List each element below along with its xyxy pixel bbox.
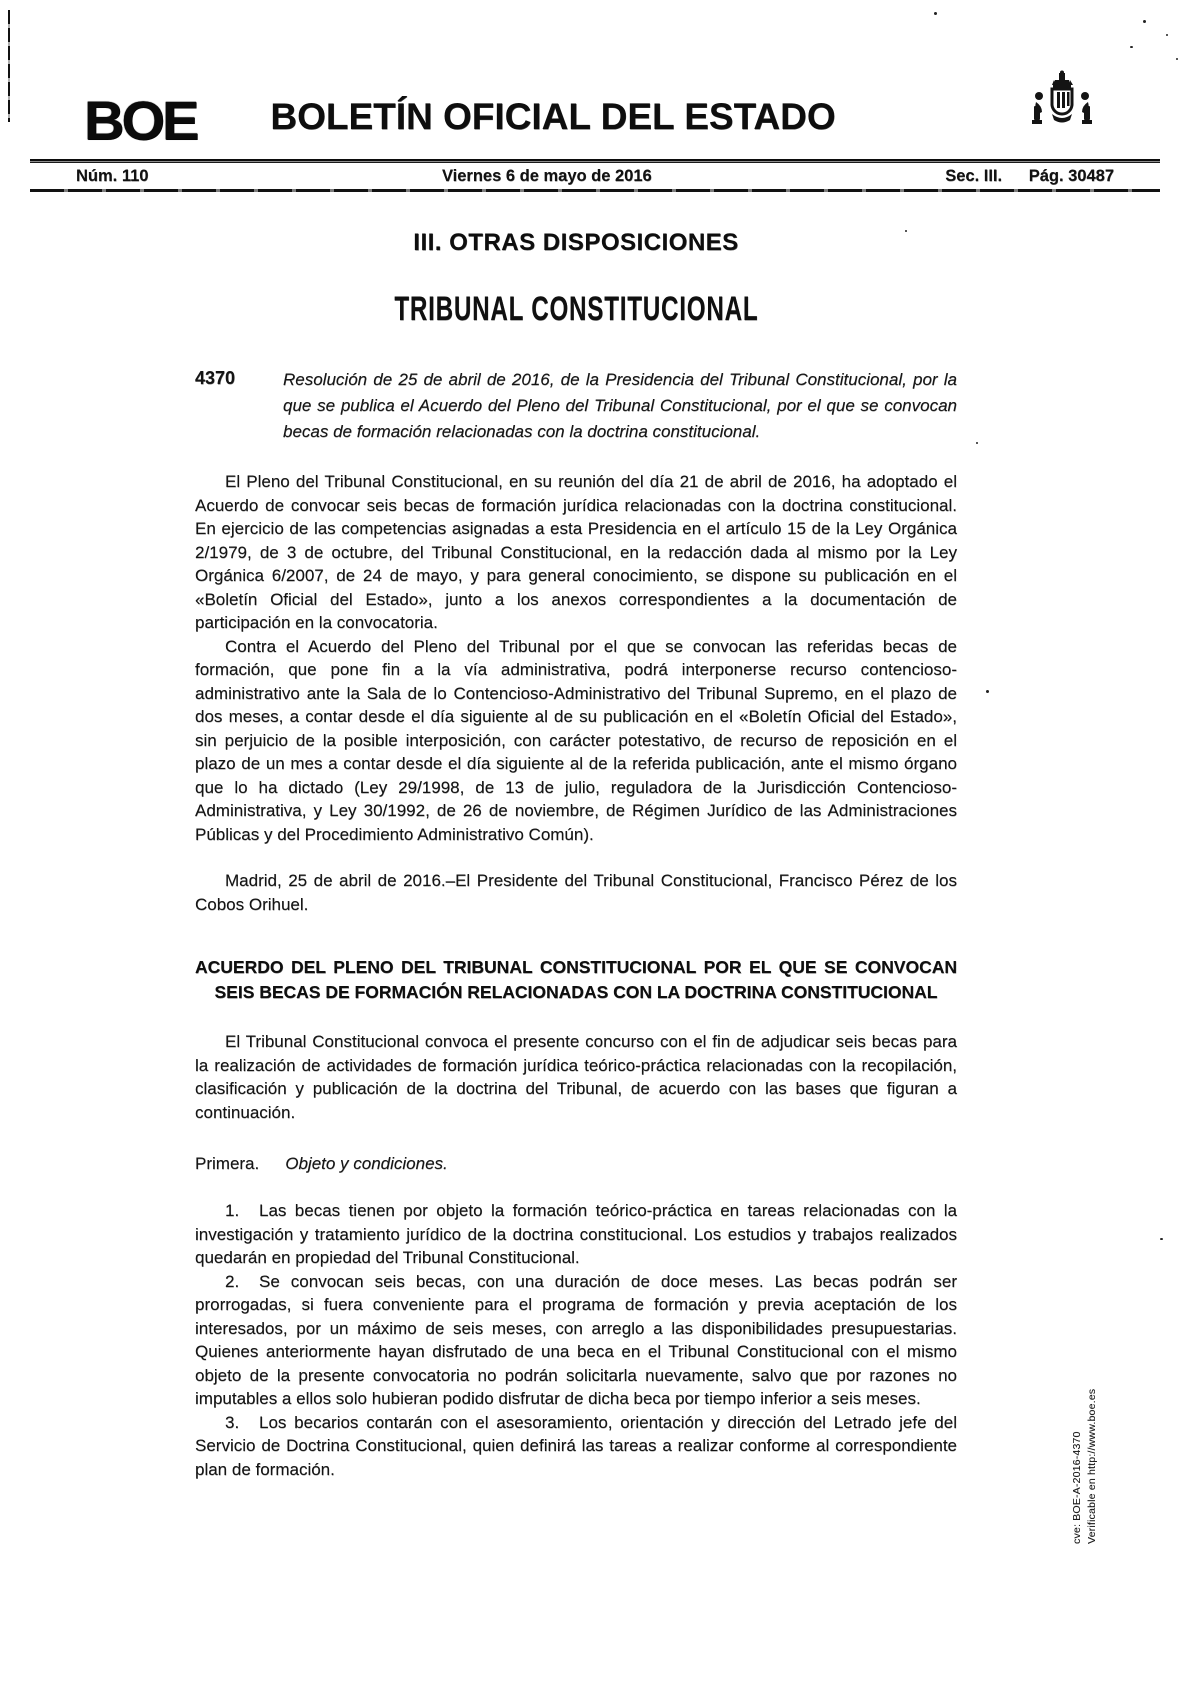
- body-paragraph: El Pleno del Tribunal Constitucional, en…: [195, 470, 957, 635]
- verify-url: Verificable en http://www.boe.es: [1085, 1328, 1100, 1544]
- base-item: 2.Se convocan seis becas, con una duraci…: [195, 1270, 957, 1411]
- issue-date: Viernes 6 de mayo de 2016: [442, 167, 652, 186]
- scan-speck: [986, 690, 989, 693]
- item-number: 1.: [225, 1199, 245, 1223]
- base-label: Primera.: [195, 1154, 259, 1173]
- signature-line: Madrid, 25 de abril de 2016.–El Presiden…: [195, 869, 957, 916]
- agreement-intro: El Tribunal Constitucional convoca el pr…: [195, 1030, 957, 1124]
- document-body: III. OTRAS DISPOSICIONES TRIBUNAL CONSTI…: [195, 215, 957, 1481]
- section-page: Sec. III. Pág. 30487: [945, 167, 1114, 186]
- agreement-title: ACUERDO DEL PLENO DEL TRIBUNAL CONSTITUC…: [195, 955, 957, 1005]
- item-number: 3.: [225, 1411, 245, 1435]
- issue-number: Núm. 110: [76, 167, 148, 186]
- organ-title: TRIBUNAL CONSTITUCIONAL: [195, 291, 957, 329]
- header-row: Núm. 110 Viernes 6 de mayo de 2016 Sec. …: [30, 163, 1160, 189]
- base-item: 3.Los becarios contarán con el asesorami…: [195, 1411, 957, 1482]
- disposition-item: 4370 Resolución de 25 de abril de 2016, …: [195, 367, 957, 445]
- base-title: Objeto y condiciones.: [285, 1154, 448, 1173]
- item-text: Las becas tienen por objeto la formación…: [195, 1201, 957, 1267]
- section-label: Sec. III.: [945, 167, 1002, 185]
- page-number: Pág. 30487: [1029, 167, 1114, 185]
- verification-sidebar: cve: BOE-A-2016-4370 Verificable en http…: [1070, 1328, 1100, 1544]
- scan-speck: [976, 442, 978, 444]
- scan-speck: [1160, 1238, 1163, 1240]
- masthead: BOE BOLETÍN OFICIAL DEL ESTADO: [0, 0, 1190, 160]
- header-rule-bottom: [30, 189, 1160, 192]
- masthead-title: BOLETÍN OFICIAL DEL ESTADO: [0, 96, 1106, 138]
- item-text: Se convocan seis becas, con una duración…: [195, 1272, 957, 1409]
- disposition-number: 4370: [195, 367, 283, 445]
- item-text: Los becarios contarán con el asesoramien…: [195, 1413, 957, 1479]
- disposition-summary: Resolución de 25 de abril de 2016, de la…: [283, 367, 957, 445]
- base-item: 1.Las becas tienen por objeto la formaci…: [195, 1199, 957, 1270]
- section-title: III. OTRAS DISPOSICIONES: [195, 229, 957, 257]
- item-number: 2.: [225, 1270, 245, 1294]
- base-heading: Primera.Objeto y condiciones.: [195, 1154, 957, 1174]
- boe-document-page: BOE BOLETÍN OFICIAL DEL ESTADO: [0, 0, 1190, 1684]
- cve-code: cve: BOE-A-2016-4370: [1070, 1328, 1085, 1544]
- spanish-coat-of-arms-icon: [1026, 70, 1098, 158]
- body-paragraph: Contra el Acuerdo del Pleno del Tribunal…: [195, 635, 957, 847]
